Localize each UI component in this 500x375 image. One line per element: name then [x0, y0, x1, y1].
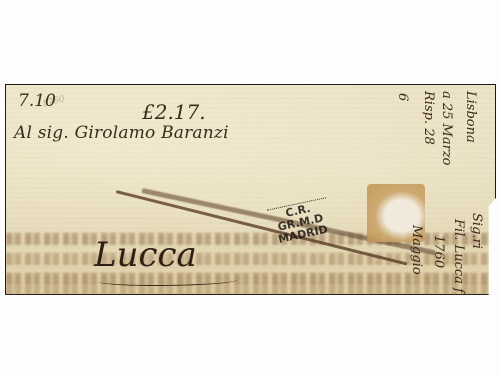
docket-line: 6: [395, 93, 410, 101]
destination-city: Lucca: [94, 235, 197, 275]
letter-cover: 1760 7.10 £2.17. Al sig. Girolamo Baranz…: [5, 84, 496, 295]
addressee: Al sig. Girolamo Baranzi: [14, 123, 229, 143]
docket-line: Lisbona: [463, 91, 478, 143]
charge-mark: £2.17.: [142, 100, 206, 124]
docket-line: Maggio: [409, 225, 424, 275]
docket-line: Risp. 28: [421, 91, 436, 145]
docket-line: a 25 Marzo: [439, 91, 454, 166]
rate-mark: 7.10: [18, 91, 56, 111]
docket-line: 1760: [431, 235, 446, 268]
docket-line: Fil. Lucca fr.lli: [451, 219, 466, 314]
ink-bleed-line: [6, 285, 495, 297]
docket-line: Sig.ri: [469, 213, 484, 249]
